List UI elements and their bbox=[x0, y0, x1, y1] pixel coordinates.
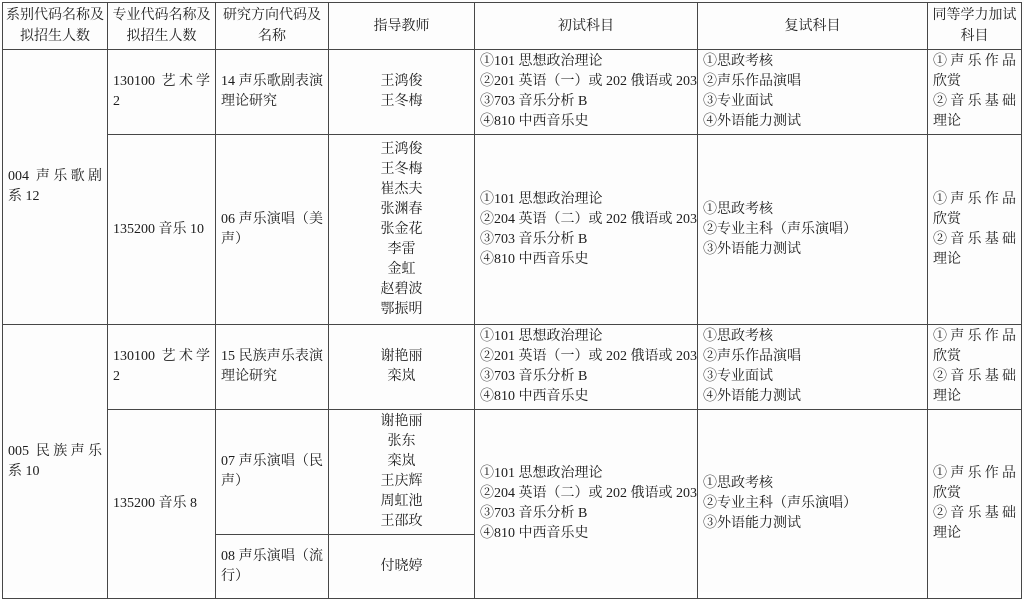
major-cell: 130100 艺术学 2 bbox=[108, 325, 216, 410]
advisor-name: 王鸿俊 bbox=[334, 72, 469, 92]
advisor-name: 张渊春 bbox=[334, 200, 469, 220]
header-department: 系别代码名称及拟招生人数 bbox=[3, 3, 108, 50]
subject-line: ②音乐基础理论 bbox=[933, 230, 1016, 270]
initial-subjects-cell: ①101 思想政治理论 ②201 英语（一）或 202 俄语或 203 日语 ③… bbox=[475, 50, 698, 135]
document-page: 系别代码名称及拟招生人数 专业代码名称及拟招生人数 研究方向代码及名称 指导教师… bbox=[0, 0, 1024, 592]
subject-line: ②音乐基础理论 bbox=[933, 92, 1016, 132]
subject-line: ②201 英语（一）或 202 俄语或 203 日语 bbox=[480, 72, 692, 92]
direction-cell: 14 声乐歌剧表演理论研究 bbox=[216, 50, 329, 135]
subject-line: ①101 思想政治理论 bbox=[480, 327, 692, 347]
subject-line: ③外语能力测试 bbox=[703, 514, 922, 534]
major-cell: 135200 音乐 10 bbox=[108, 135, 216, 325]
direction-cell: 06 声乐演唱（美声） bbox=[216, 135, 329, 325]
subject-line: ②201 英语（一）或 202 俄语或 203 日语 bbox=[480, 347, 692, 367]
retest-subjects-cell: ①思政考核 ②专业主科（声乐演唱） ③外语能力测试 bbox=[698, 135, 928, 325]
additional-subjects-cell: ①声乐作品欣赏 ②音乐基础理论 bbox=[928, 410, 1022, 599]
direction-cell: 08 声乐演唱（流行） bbox=[216, 535, 329, 599]
subject-line: ③专业面试 bbox=[703, 92, 922, 112]
advisors-cell: 谢艳丽 栾岚 bbox=[329, 325, 475, 410]
subject-line: ②专业主科（声乐演唱） bbox=[703, 220, 922, 240]
advisor-name: 栾岚 bbox=[334, 367, 469, 387]
subject-line: ②204 英语（二）或 202 俄语或 203 日语 bbox=[480, 210, 692, 230]
subject-line: ①思政考核 bbox=[703, 474, 922, 494]
initial-subjects-cell: ①101 思想政治理论 ②204 英语（二）或 202 俄语或 203 日语 ③… bbox=[475, 410, 698, 599]
additional-subjects-cell: ①声乐作品欣赏 ②音乐基础理论 bbox=[928, 325, 1022, 410]
advisor-name: 赵碧波 bbox=[334, 280, 469, 300]
retest-subjects-cell: ①思政考核 ②声乐作品演唱 ③专业面试 ④外语能力测试 bbox=[698, 50, 928, 135]
subject-line: ②声乐作品演唱 bbox=[703, 72, 922, 92]
header-advisors: 指导教师 bbox=[329, 3, 475, 50]
retest-subjects-cell: ①思政考核 ②专业主科（声乐演唱） ③外语能力测试 bbox=[698, 410, 928, 599]
advisor-name: 谢艳丽 bbox=[334, 347, 469, 367]
table-row: 135200 音乐 10 06 声乐演唱（美声） 王鸿俊 王冬梅 崔杰夫 张渊春… bbox=[3, 135, 1022, 325]
subject-line: ③专业面试 bbox=[703, 367, 922, 387]
header-major: 专业代码名称及拟招生人数 bbox=[108, 3, 216, 50]
advisor-name: 王冬梅 bbox=[334, 160, 469, 180]
subject-line: ①思政考核 bbox=[703, 200, 922, 220]
additional-subjects-cell: ①声乐作品欣赏 ②音乐基础理论 bbox=[928, 135, 1022, 325]
advisor-name: 付晓婷 bbox=[334, 557, 469, 577]
subject-line: ④外语能力测试 bbox=[703, 387, 922, 407]
subject-line: ①声乐作品欣赏 bbox=[933, 464, 1016, 504]
advisor-name: 王邵玫 bbox=[334, 512, 469, 532]
header-additional-subjects: 同等学力加试科目 bbox=[928, 3, 1022, 50]
subject-line: ④810 中西音乐史 bbox=[480, 387, 692, 407]
advisor-name: 周虹池 bbox=[334, 492, 469, 512]
subject-line: ①101 思想政治理论 bbox=[480, 464, 692, 484]
retest-subjects-cell: ①思政考核 ②声乐作品演唱 ③专业面试 ④外语能力测试 bbox=[698, 325, 928, 410]
subject-line: ③703 音乐分析 B bbox=[480, 504, 692, 524]
subject-line: ②音乐基础理论 bbox=[933, 367, 1016, 407]
subject-line: ①101 思想政治理论 bbox=[480, 52, 692, 72]
advisors-cell: 谢艳丽 张东 栾岚 王庆辉 周虹池 王邵玫 bbox=[329, 410, 475, 535]
advisor-name: 王冬梅 bbox=[334, 92, 469, 112]
subject-line: ④810 中西音乐史 bbox=[480, 112, 692, 132]
subject-line: ③703 音乐分析 B bbox=[480, 92, 692, 112]
subject-line: ②声乐作品演唱 bbox=[703, 347, 922, 367]
direction-cell: 07 声乐演唱（民声） bbox=[216, 410, 329, 535]
advisor-name: 王庆辉 bbox=[334, 472, 469, 492]
advisor-name: 王鸿俊 bbox=[334, 140, 469, 160]
direction-cell: 15 民族声乐表演理论研究 bbox=[216, 325, 329, 410]
advisor-name: 张金花 bbox=[334, 220, 469, 240]
subject-line: ④810 中西音乐史 bbox=[480, 250, 692, 270]
advisor-name: 栾岚 bbox=[334, 452, 469, 472]
department-cell: 004 声乐歌剧系 12 bbox=[3, 50, 108, 325]
additional-subjects-cell: ①声乐作品欣赏 ②音乐基础理论 bbox=[928, 50, 1022, 135]
subject-line: ①思政考核 bbox=[703, 52, 922, 72]
table-row: 005 民族声乐系 10 130100 艺术学 2 15 民族声乐表演理论研究 … bbox=[3, 325, 1022, 410]
subject-line: ①声乐作品欣赏 bbox=[933, 327, 1016, 367]
advisor-name: 崔杰夫 bbox=[334, 180, 469, 200]
initial-subjects-cell: ①101 思想政治理论 ②204 英语（二）或 202 俄语或 203 日语 ③… bbox=[475, 135, 698, 325]
initial-subjects-cell: ①101 思想政治理论 ②201 英语（一）或 202 俄语或 203 日语 ③… bbox=[475, 325, 698, 410]
subject-line: ①思政考核 bbox=[703, 327, 922, 347]
subject-line: ①声乐作品欣赏 bbox=[933, 52, 1016, 92]
subject-line: ④外语能力测试 bbox=[703, 112, 922, 132]
subject-line: ①声乐作品欣赏 bbox=[933, 190, 1016, 230]
subject-line: ③外语能力测试 bbox=[703, 240, 922, 260]
advisor-name: 金虹 bbox=[334, 260, 469, 280]
advisors-cell: 王鸿俊 王冬梅 bbox=[329, 50, 475, 135]
subject-line: ②204 英语（二）或 202 俄语或 203 日语 bbox=[480, 484, 692, 504]
advisor-name: 鄂振明 bbox=[334, 300, 469, 320]
table-header-row: 系别代码名称及拟招生人数 专业代码名称及拟招生人数 研究方向代码及名称 指导教师… bbox=[3, 3, 1022, 50]
subject-line: ②专业主科（声乐演唱） bbox=[703, 494, 922, 514]
table-row: 135200 音乐 8 07 声乐演唱（民声） 谢艳丽 张东 栾岚 王庆辉 周虹… bbox=[3, 410, 1022, 535]
subject-line: ③703 音乐分析 B bbox=[480, 367, 692, 387]
advisor-name: 谢艳丽 bbox=[334, 412, 469, 432]
header-retest-subjects: 复试科目 bbox=[698, 3, 928, 50]
advisor-name: 张东 bbox=[334, 432, 469, 452]
subject-line: ①101 思想政治理论 bbox=[480, 190, 692, 210]
subject-line: ④810 中西音乐史 bbox=[480, 524, 692, 544]
department-cell: 005 民族声乐系 10 bbox=[3, 325, 108, 599]
subject-line: ②音乐基础理论 bbox=[933, 504, 1016, 544]
advisor-name: 李雷 bbox=[334, 240, 469, 260]
advisors-cell: 王鸿俊 王冬梅 崔杰夫 张渊春 张金花 李雷 金虹 赵碧波 鄂振明 bbox=[329, 135, 475, 325]
major-cell: 135200 音乐 8 bbox=[108, 410, 216, 599]
admissions-table: 系别代码名称及拟招生人数 专业代码名称及拟招生人数 研究方向代码及名称 指导教师… bbox=[2, 2, 1022, 599]
table-row: 004 声乐歌剧系 12 130100 艺术学 2 14 声乐歌剧表演理论研究 … bbox=[3, 50, 1022, 135]
major-cell: 130100 艺术学 2 bbox=[108, 50, 216, 135]
header-initial-subjects: 初试科目 bbox=[475, 3, 698, 50]
subject-line: ③703 音乐分析 B bbox=[480, 230, 692, 250]
advisors-cell: 付晓婷 bbox=[329, 535, 475, 599]
header-direction: 研究方向代码及名称 bbox=[216, 3, 329, 50]
